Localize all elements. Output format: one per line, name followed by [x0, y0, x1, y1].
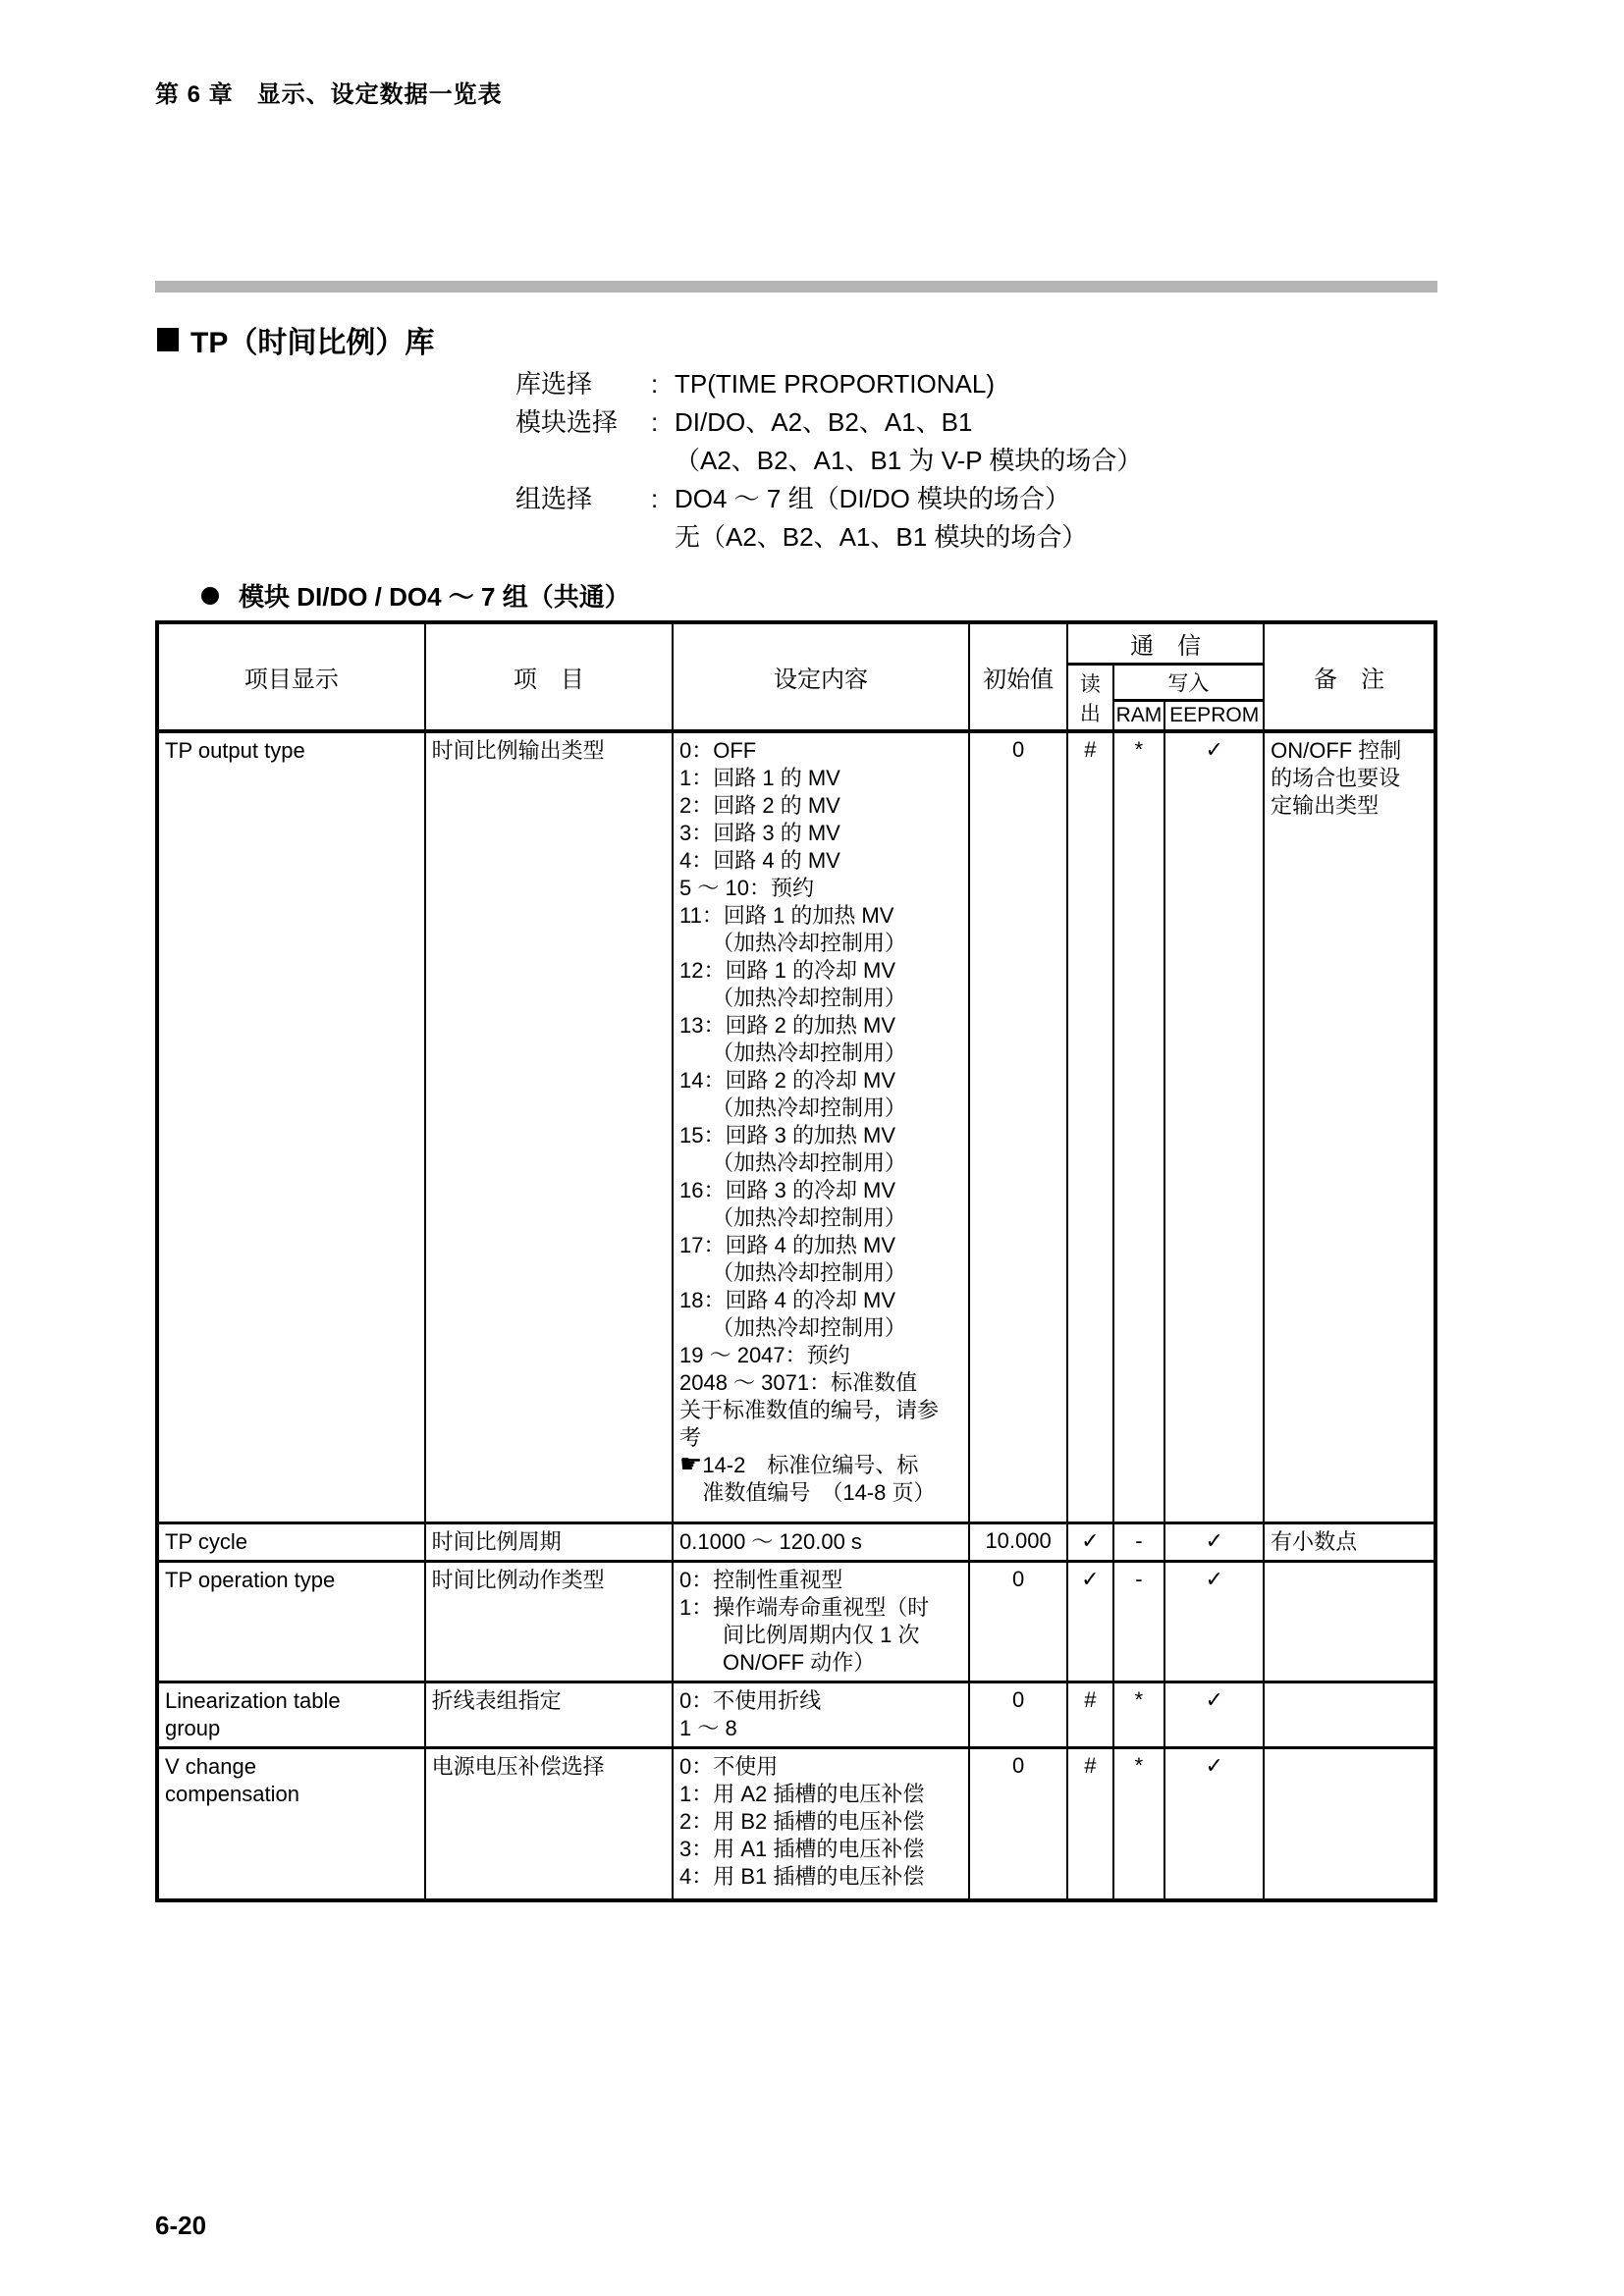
cell-remarks — [1264, 1747, 1435, 1900]
meta-row: 组选择:DO4 ～ 7 组（DI/DO 模块的场合） — [515, 480, 1142, 518]
cell-ram: * — [1113, 731, 1165, 1522]
parameter-table: 项目显示 项 目 设定内容 初始值 通 信 备 注 读出 写入 RAM EEPR… — [155, 620, 1437, 1902]
meta-value: DI/DO、A2、B2、A1、B1 — [675, 403, 972, 442]
table-row: TP cycle 时间比例周期 0.1000 ～ 120.00 s 10.000… — [157, 1522, 1435, 1561]
meta-label — [515, 442, 651, 480]
section-title: TP（时间比例）库 — [157, 318, 434, 361]
reference: ☛14-2 标准位编号、标 准数值编号 （14-8 页） — [679, 1452, 962, 1507]
meta-value: TP(TIME PROPORTIONAL) — [675, 365, 995, 403]
section-title-text: TP（时间比例）库 — [190, 318, 434, 361]
setting-options: 0：OFF 1：回路 1 的 MV 2：回路 2 的 MV 3：回路 3 的 M… — [679, 737, 962, 1452]
cell-display: V change compensation — [157, 1747, 425, 1900]
page-number: 6-20 — [155, 2211, 206, 2241]
cell-read: # — [1067, 731, 1112, 1522]
cell-read: # — [1067, 1682, 1112, 1747]
chapter-number: 第 6 章 — [155, 81, 234, 108]
cell-ram: - — [1113, 1522, 1165, 1561]
cell-initial: 0 — [969, 1747, 1067, 1900]
cell-setting: 0：不使用 1：用 A2 插槽的电压补偿 2：用 B2 插槽的电压补偿 3：用 … — [673, 1747, 969, 1900]
cell-display: TP operation type — [157, 1561, 425, 1682]
meta-value: DO4 ～ 7 组（DI/DO 模块的场合） — [675, 480, 1070, 518]
meta-row: 模块选择:DI/DO、A2、B2、A1、B1 — [515, 403, 1142, 442]
header-item: 项 目 — [425, 622, 673, 731]
cell-ram: * — [1113, 1682, 1165, 1747]
cell-ram: - — [1113, 1561, 1165, 1682]
subsection-title: 模块 DI/DO / DO4 ～ 7 组（共通） — [201, 577, 630, 614]
section-divider — [155, 281, 1437, 293]
meta-value: （A2、B2、A1、B1 为 V-P 模块的场合） — [675, 442, 1142, 480]
cell-remarks: ON/OFF 控制 的场合也要设 定输出类型 — [1264, 731, 1435, 1522]
table-row: TP output type 时间比例输出类型 0：OFF 1：回路 1 的 M… — [157, 731, 1435, 1522]
table-row: V change compensation 电源电压补偿选择 0：不使用 1：用… — [157, 1747, 1435, 1900]
chapter-header: 第 6 章显示、设定数据一览表 — [155, 75, 503, 109]
cell-setting: 0：控制性重视型 1：操作端寿命重视型（时 间比例周期内仅 1 次 ON/OFF… — [673, 1561, 969, 1682]
cell-eeprom: ✓ — [1164, 1522, 1264, 1561]
cell-setting: 0.1000 ～ 120.00 s — [673, 1522, 969, 1561]
cell-item: 电源电压补偿选择 — [425, 1747, 673, 1900]
header-eeprom: EEPROM — [1164, 701, 1264, 732]
header-write: 写入 — [1113, 665, 1265, 701]
cell-eeprom: ✓ — [1164, 1682, 1264, 1747]
meta-row: （A2、B2、A1、B1 为 V-P 模块的场合） — [515, 442, 1142, 480]
pointing-hand-icon: ☛ — [679, 1452, 702, 1507]
meta-row: 无（A2、B2、A1、B1 模块的场合） — [515, 518, 1142, 557]
cell-eeprom: ✓ — [1164, 1561, 1264, 1682]
cell-initial: 0 — [969, 1561, 1067, 1682]
header-remarks: 备 注 — [1264, 622, 1435, 731]
cell-display: Linearization table group — [157, 1682, 425, 1747]
square-bullet-icon — [157, 328, 179, 351]
subsection-title-text: 模块 DI/DO / DO4 ～ 7 组（共通） — [239, 577, 630, 614]
header-read: 读出 — [1067, 665, 1112, 732]
table-row: TP operation type 时间比例动作类型 0：控制性重视型 1：操作… — [157, 1561, 1435, 1682]
meta-label: 组选择 — [515, 480, 651, 518]
cell-setting: 0：不使用折线 1 ～ 8 — [673, 1682, 969, 1747]
cell-item: 时间比例输出类型 — [425, 731, 673, 1522]
header-comm: 通 信 — [1067, 622, 1264, 665]
cell-eeprom: ✓ — [1164, 1747, 1264, 1900]
cell-initial: 10.000 — [969, 1522, 1067, 1561]
cell-remarks — [1264, 1682, 1435, 1747]
round-bullet-icon — [201, 587, 219, 605]
header-initial: 初始值 — [969, 622, 1067, 731]
cell-remarks: 有小数点 — [1264, 1522, 1435, 1561]
meta-row: 库选择:TP(TIME PROPORTIONAL) — [515, 365, 1142, 403]
cell-setting: 0：OFF 1：回路 1 的 MV 2：回路 2 的 MV 3：回路 3 的 M… — [673, 731, 969, 1522]
cell-item: 时间比例周期 — [425, 1522, 673, 1561]
cell-initial: 0 — [969, 731, 1067, 1522]
meta-label — [515, 518, 651, 557]
header-display: 项目显示 — [157, 622, 425, 731]
header-setting: 设定内容 — [673, 622, 969, 731]
reference-text: 14-2 标准位编号、标 准数值编号 （14-8 页） — [702, 1452, 935, 1507]
cell-read: ✓ — [1067, 1522, 1112, 1561]
cell-item: 折线表组指定 — [425, 1682, 673, 1747]
meta-label: 模块选择 — [515, 403, 651, 442]
cell-ram: * — [1113, 1747, 1165, 1900]
header-ram: RAM — [1113, 701, 1165, 732]
chapter-title: 显示、设定数据一览表 — [257, 81, 503, 108]
cell-display: TP output type — [157, 731, 425, 1522]
library-meta: 库选择:TP(TIME PROPORTIONAL) 模块选择:DI/DO、A2、… — [515, 365, 1142, 557]
meta-value: 无（A2、B2、A1、B1 模块的场合） — [675, 518, 1087, 557]
cell-item: 时间比例动作类型 — [425, 1561, 673, 1682]
cell-initial: 0 — [969, 1682, 1067, 1747]
cell-display: TP cycle — [157, 1522, 425, 1561]
meta-label: 库选择 — [515, 365, 651, 403]
cell-eeprom: ✓ — [1164, 731, 1264, 1522]
cell-read: ✓ — [1067, 1561, 1112, 1682]
cell-read: # — [1067, 1747, 1112, 1900]
cell-remarks — [1264, 1561, 1435, 1682]
table-row: Linearization table group 折线表组指定 0：不使用折线… — [157, 1682, 1435, 1747]
